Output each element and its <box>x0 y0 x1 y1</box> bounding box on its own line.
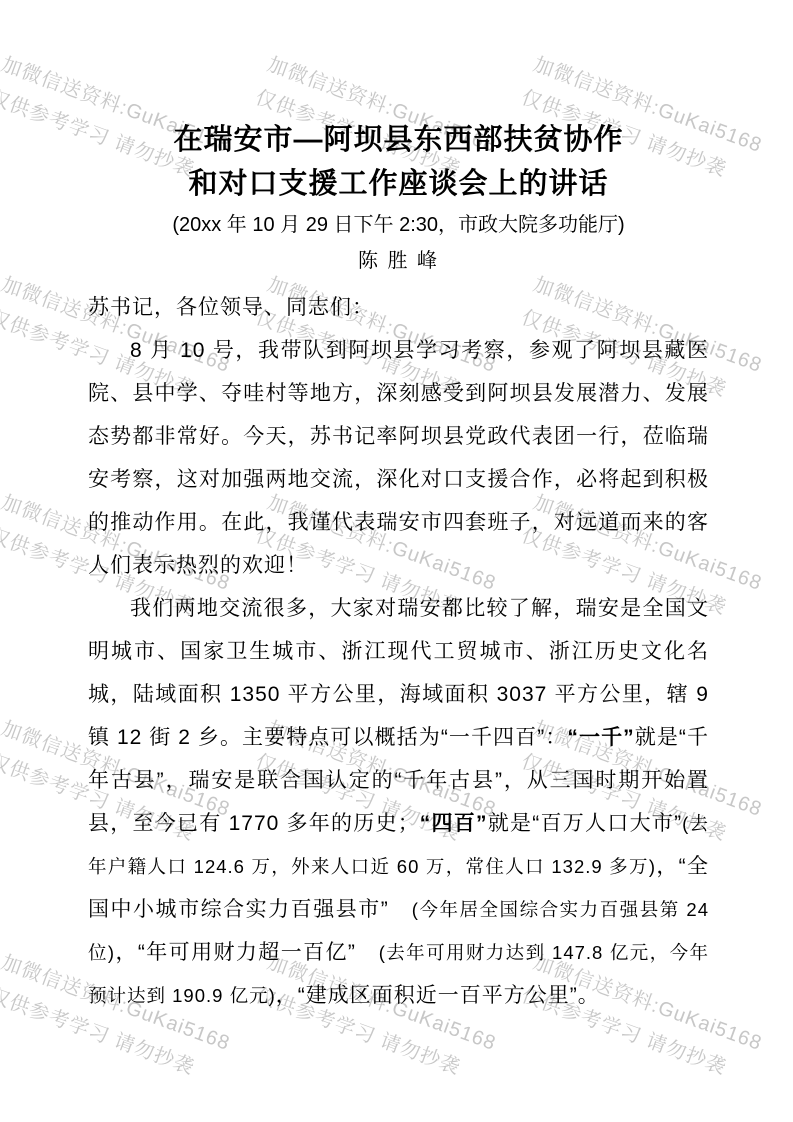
title-line-2: 和对口支援工作座谈会上的讲话 <box>88 162 709 206</box>
document-title: 在瑞安市—阿坝县东西部扶贫协作 和对口支援工作座谈会上的讲话 <box>88 118 709 206</box>
text-segment: ，“年可用财力超一百亿” <box>115 941 379 964</box>
paragraph: 我们两地交流很多，大家对瑞安都比较了解，瑞安是全国文明城市、国家卫生城市、浙江现… <box>88 587 709 1017</box>
body-paragraphs: 苏书记，各位领导、同志们：8 月 10 号，我带队到阿坝县学习考察，参观了阿坝县… <box>88 286 709 1017</box>
text-segment: 8 月 10 号，我带队到阿坝县学习考察，参观了阿坝县藏医院、县中学、夺哇村等地… <box>88 339 709 577</box>
text-segment: 苏书记，各位领导、同志们： <box>88 296 374 319</box>
document-content: 在瑞安市—阿坝县东西部扶贫协作 和对口支援工作座谈会上的讲话 (20xx 年 1… <box>0 0 793 1017</box>
title-line-1: 在瑞安市—阿坝县东西部扶贫协作 <box>88 118 709 162</box>
speaker-name: 陈 胜 峰 <box>88 244 709 278</box>
bold-text-segment: “四百” <box>420 812 488 835</box>
text-segment: 就是“百万人口大市” <box>488 812 683 835</box>
meeting-datetime-location: (20xx 年 10 月 29 日下午 2:30，市政大院多功能厅) <box>88 208 709 242</box>
text-segment: ，“建成区面积近一百平方公里”。 <box>276 984 600 1007</box>
paragraph: 8 月 10 号，我带队到阿坝县学习考察，参观了阿坝县藏医院、县中学、夺哇村等地… <box>88 329 709 587</box>
bold-text-segment: “一千” <box>567 726 634 749</box>
paragraph: 苏书记，各位领导、同志们： <box>88 286 709 329</box>
document-page: 加微信送资料:GuKai5168仅供参考学习 请勿抄袭加微信送资料:GuKai5… <box>0 0 793 1122</box>
